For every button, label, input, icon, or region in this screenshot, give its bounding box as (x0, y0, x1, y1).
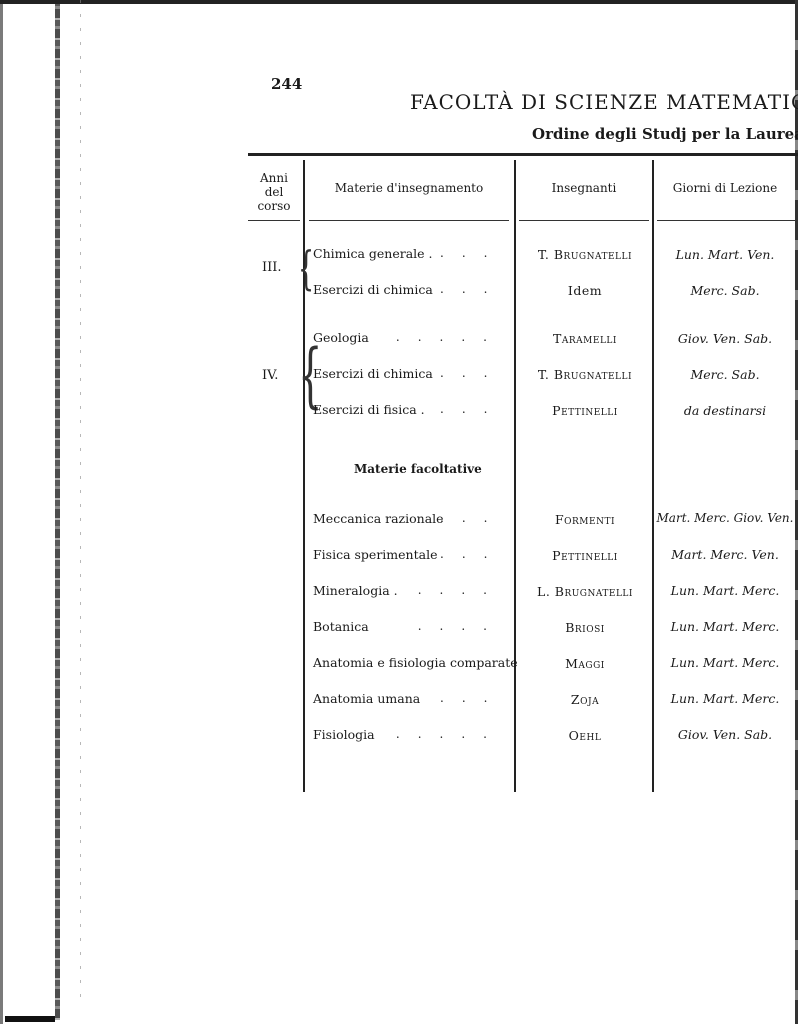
days-cell: Mart. Merc. Giov. Ven. (655, 511, 795, 525)
teacher-cell: Pettinelli (517, 548, 653, 563)
header-rule-days (657, 220, 795, 221)
scan-bottom-edge (5, 1016, 55, 1022)
binding-gutter (55, 0, 60, 1020)
subject-cell: Fisiologia (313, 727, 375, 742)
header-days: Giorni di Lezione (655, 181, 795, 195)
teacher-cell: L. Brugnatelli (517, 584, 653, 599)
header-year-line3: corso (248, 199, 300, 213)
subject-cell: Geologia (313, 330, 369, 345)
header-rule-subject (309, 220, 509, 221)
scan-spine-edge (0, 0, 3, 1024)
teacher-cell: T. Brugnatelli (517, 247, 653, 262)
header-teacher: Insegnanti (517, 181, 651, 195)
leader-dots: ... (440, 366, 505, 380)
days-cell: da destinarsi (655, 403, 795, 418)
year-label-iii: III. (262, 260, 282, 275)
teacher-cell: Maggi (517, 656, 653, 671)
days-cell: Lun. Mart. Merc. (655, 691, 795, 706)
page-title: FACOLTÀ DI SCIENZE MATEMATICHE (410, 90, 798, 114)
leader-dots: ... (440, 246, 505, 260)
teacher-cell: Pettinelli (517, 403, 653, 418)
days-cell: Mart. Merc. Ven. (655, 547, 795, 562)
days-cell: Merc. Sab. (655, 367, 795, 382)
subject-cell: Esercizi di fisica . (313, 402, 425, 417)
subject-cell: Anatomia e fisiologia comparate (313, 655, 518, 670)
scan-top-edge (0, 0, 798, 4)
teacher-cell: Idem (517, 283, 653, 298)
leader-dots: ... (440, 511, 505, 525)
leader-dots: ... (440, 282, 505, 296)
teacher-cell: T. Brugnatelli (517, 367, 653, 382)
header-rule-year (248, 220, 300, 221)
leader-dots: ... (440, 691, 505, 705)
days-cell: Merc. Sab. (655, 283, 795, 298)
teacher-cell: Zoja (517, 692, 653, 707)
subject-cell: Esercizi di chimica (313, 366, 433, 381)
leader-dots: .... (395, 619, 505, 633)
brace-iii: { (298, 245, 314, 291)
leader-dots: ..... (380, 727, 505, 741)
teacher-cell: Briosi (517, 620, 653, 635)
column-divider-subject (514, 160, 516, 792)
subject-cell: Esercizi di chimica (313, 282, 433, 297)
leader-dots: ... (440, 402, 505, 416)
subject-cell: Mineralogia . (313, 583, 398, 598)
days-cell: Lun. Mart. Merc. (655, 583, 795, 598)
year-label-iv: IV. (262, 368, 278, 383)
section-title-optional: Materie facoltative (354, 462, 482, 476)
days-cell: Giov. Ven. Sab. (655, 727, 795, 742)
header-year-line2: del (248, 185, 300, 199)
header-year: Anni del corso (248, 171, 300, 213)
subject-cell: Meccanica razionale (313, 511, 444, 526)
leader-dots: .... (395, 583, 505, 597)
leader-dots: ... (440, 547, 505, 561)
teacher-cell: Oehl (517, 728, 653, 743)
subject-cell: Fisica sperimentale (313, 547, 437, 562)
header-subject: Materie d'insegnamento (306, 181, 512, 195)
subject-cell: Botanica (313, 619, 369, 634)
teacher-cell: Formenti (517, 512, 653, 527)
leader-dots: ..... (380, 330, 505, 344)
days-cell: Lun. Mart. Merc. (655, 655, 795, 670)
header-rule-teacher (519, 220, 649, 221)
page-subtitle: Ordine degli Studj per la Laurea (532, 125, 798, 143)
binding-gutter-faint (80, 0, 81, 1000)
header-year-line1: Anni (248, 171, 300, 185)
days-cell: Giov. Ven. Sab. (655, 331, 795, 346)
page-number: 244 (271, 75, 302, 93)
subject-cell: Anatomia umana (313, 691, 420, 706)
subject-cell: Chimica generale . (313, 246, 433, 261)
teacher-cell: Taramelli (517, 331, 653, 346)
days-cell: Lun. Mart. Merc. (655, 619, 795, 634)
table-top-rule (248, 153, 798, 156)
days-cell: Lun. Mart. Ven. (655, 247, 795, 262)
